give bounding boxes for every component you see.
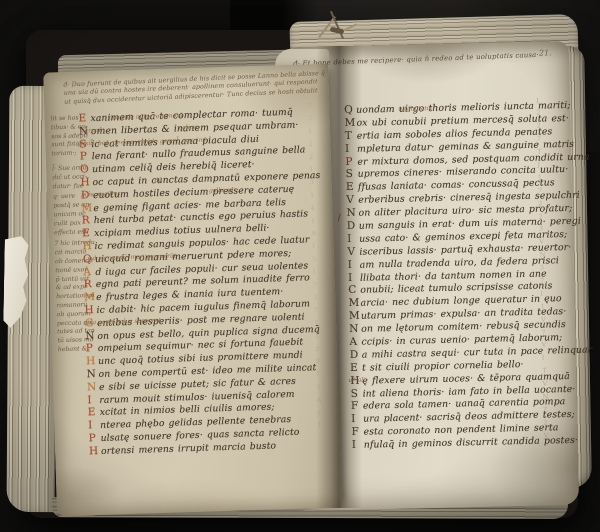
showthrough-mark: 2 — [536, 109, 540, 117]
left-text-block: Exanimem quā te complectar roma· tuumq̄ … — [78, 99, 339, 452]
showthrough-mark: 1 — [309, 166, 313, 174]
showthrough-mark: I — [540, 289, 543, 297]
showthrough-mark: 4 — [310, 204, 314, 212]
showthrough-mark: Z — [543, 405, 548, 413]
showthrough-mark: T — [542, 367, 547, 375]
folio-number: 21. — [539, 48, 552, 57]
showthrough-mark: 7 — [541, 328, 545, 336]
showthrough-mark: T — [537, 148, 542, 156]
manuscript-photo: đ· Et bone debes me recipere· quia n̄ re… — [0, 0, 600, 532]
interlinear-gloss: uirginitatis — [398, 105, 432, 113]
showthrough-mark: 7 — [307, 102, 311, 110]
showthrough-mark: 7 — [537, 135, 541, 143]
showthrough-mark: 1 — [310, 191, 314, 199]
showthrough-mark: 2 — [309, 153, 313, 161]
showthrough-mark: I — [542, 354, 545, 362]
spine-threads — [300, 8, 374, 52]
showthrough-mark: 3 — [310, 178, 314, 186]
showthrough-mark: 1 — [538, 173, 542, 181]
showthrough-mark: 2 — [543, 418, 547, 426]
showthrough-mark: 2 — [538, 199, 542, 207]
showthrough-mark: I — [536, 96, 539, 104]
showthrough-mark: 1 — [311, 217, 315, 225]
gutter-shadow — [316, 46, 362, 508]
right-text-block: Quondam uirgo thoris melioris iuncta mar… — [344, 93, 576, 446]
interlinear-gloss: celera — [179, 124, 198, 132]
showthrough-mark: V — [544, 431, 549, 439]
interlinear-gloss: quia pomp̄ solus superest — [83, 317, 161, 326]
line-initial: H — [89, 446, 101, 457]
showthrough-mark: V — [541, 315, 546, 323]
showthrough-mark: N — [539, 251, 545, 259]
showthrough-mark: 2 — [308, 140, 312, 148]
interlinear-gloss: dc̄ — [154, 177, 161, 184]
showthrough-mark: 3 — [540, 264, 544, 272]
showthrough-mark: N — [543, 392, 549, 400]
interlinear-gloss: qua sola mors romanorū — [108, 112, 183, 121]
left-page: đ· Duo fuerunt de quibus ait uergilius d… — [43, 64, 342, 517]
showthrough-mark: 2 — [539, 212, 543, 220]
showthrough-mark: V — [542, 380, 547, 388]
showthrough-mark: 2 — [537, 122, 541, 130]
showthrough-mark: J — [537, 161, 540, 169]
showthrough-mark: V — [539, 238, 544, 246]
interlinear-gloss: pip̄s· regibus — [81, 191, 121, 199]
showthrough-mark: 7 — [538, 186, 542, 194]
interlinear-gloss: ad seruandū· mori gemuerūt — [89, 253, 176, 263]
showthrough-mark: 3 — [539, 225, 543, 233]
line-text: ortensi merens irrupit marcia busto — [101, 440, 276, 456]
showthrough-mark: 3 — [308, 114, 312, 122]
interlinear-gloss: gallię pl' — [209, 187, 235, 195]
showthrough-mark: 1 — [308, 127, 312, 135]
showthrough-mark: V — [542, 341, 547, 349]
showthrough-mark: 1 — [541, 302, 545, 310]
showthrough-mark: 7 — [540, 276, 544, 284]
interlinear-gloss: uernar̄ — [81, 127, 102, 135]
